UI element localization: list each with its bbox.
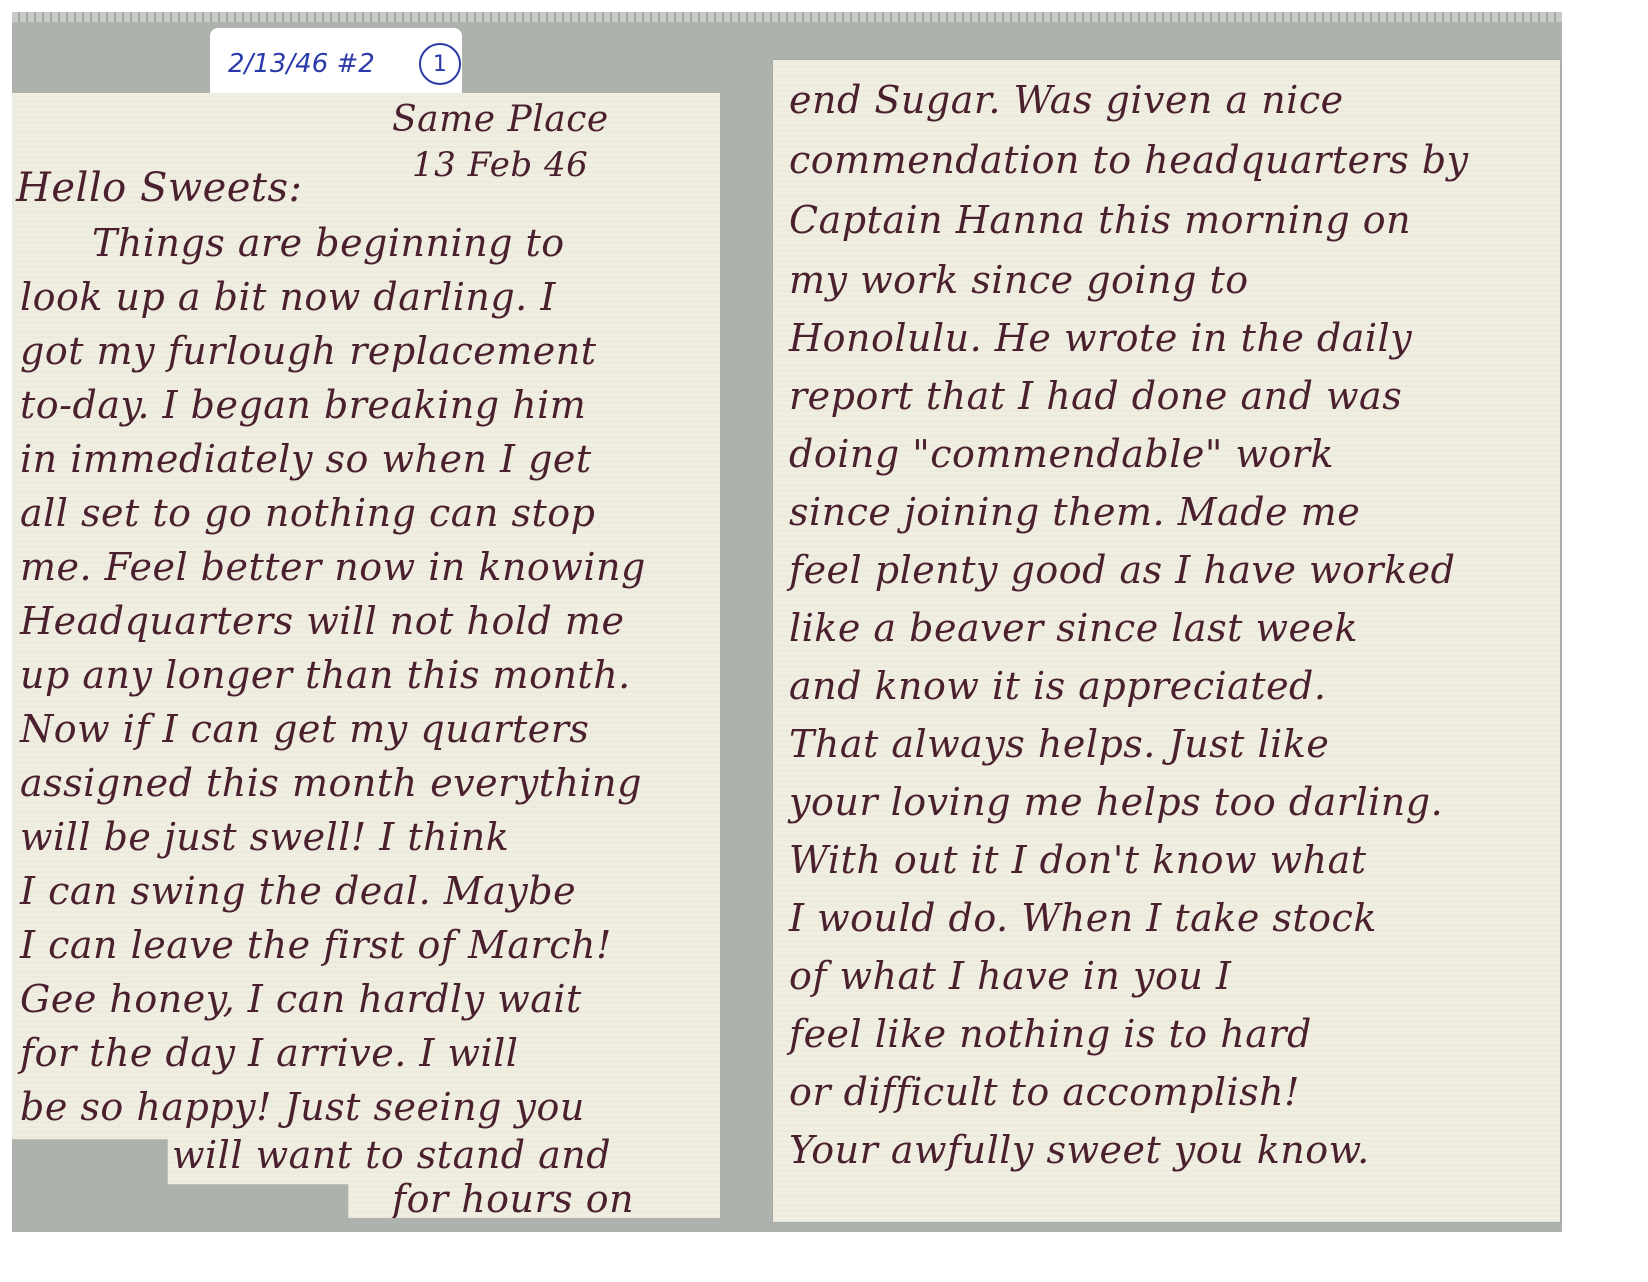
letter-line: and know it is appreciated. — [789, 664, 1326, 708]
letter-page-right: end Sugar. Was given a nice commendation… — [773, 60, 1560, 1222]
letter-line: Headquarters will not hold me — [20, 599, 624, 643]
mounting-board-edge — [12, 12, 1562, 22]
letter-page-left: Same Place 13 Feb 46 Hello Sweets: Thing… — [12, 93, 720, 1218]
letter-line: or difficult to accomplish! — [789, 1070, 1300, 1114]
letter-line: I can leave the first of March! — [20, 923, 612, 967]
letter-line: end Sugar. Was given a nice — [789, 78, 1344, 122]
letter-line: for the day I arrive. I will — [20, 1031, 518, 1075]
letter-line: I would do. When I take stock — [789, 896, 1377, 940]
letter-line: I can swing the deal. Maybe — [20, 869, 576, 913]
letter-line: look up a bit now darling. I — [20, 275, 556, 319]
letter-line: all set to go nothing can stop — [20, 491, 595, 535]
label-date-code: 2/13/46 #2 — [228, 49, 375, 79]
letter-line: That always helps. Just like — [789, 722, 1329, 766]
letter-line: feel like nothing is to hard — [789, 1012, 1312, 1056]
letter-line: for hours on — [392, 1177, 634, 1221]
letter-line: commendation to headquarters by — [789, 138, 1469, 182]
letter-line: of what I have in you I — [789, 954, 1231, 998]
letter-line: to-day. I began breaking him — [20, 383, 586, 427]
letter-heading-date: 13 Feb 46 — [412, 145, 588, 185]
letter-line: got my furlough replacement — [20, 329, 597, 373]
letter-line: feel plenty good as I have worked — [789, 548, 1455, 592]
letter-line: Honolulu. He wrote in the daily — [789, 316, 1412, 360]
letter-line: be so happy! Just seeing you — [20, 1085, 585, 1129]
letter-line: since joining them. Made me — [789, 490, 1360, 534]
letter-line: Things are beginning to — [92, 221, 565, 265]
letter-line: like a beaver since last week — [789, 606, 1358, 650]
label-page-number: 1 — [419, 43, 461, 85]
letter-line: Gee honey, I can hardly wait — [20, 977, 582, 1021]
letter-line: report that I had done and was — [789, 374, 1402, 418]
letter-line: will be just swell! I think — [20, 815, 509, 859]
letter-line: assigned this month everything — [20, 761, 642, 805]
letter-salutation: Hello Sweets: — [16, 165, 303, 211]
letter-line: Your awfully sweet you know. — [789, 1128, 1370, 1172]
letter-line: doing "commendable" work — [789, 432, 1334, 476]
letter-line: me. Feel better now in knowing — [20, 545, 646, 589]
letter-line: Captain Hanna this morning on — [789, 198, 1411, 242]
letter-line: will want to stand and — [172, 1133, 611, 1177]
letter-heading-place: Same Place — [392, 99, 609, 140]
letter-line: With out it I don't know what — [789, 838, 1367, 882]
letter-line: in immediately so when I get — [20, 437, 592, 481]
letter-line: Now if I can get my quarters — [20, 707, 589, 751]
archive-label: 2/13/46 #2 1 — [210, 28, 462, 100]
letter-line: your loving me helps too darling. — [789, 780, 1443, 824]
letter-line: up any longer than this month. — [20, 653, 631, 697]
letter-line: my work since going to — [789, 258, 1249, 302]
